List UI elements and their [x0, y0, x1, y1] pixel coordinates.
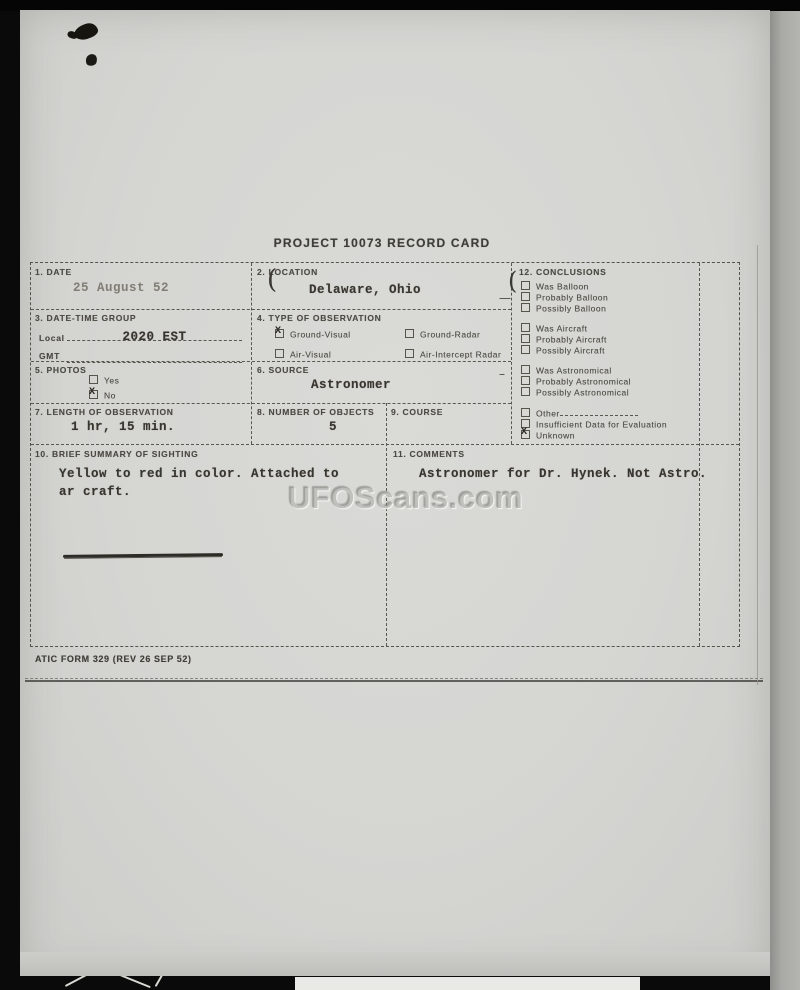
conclusion-group-aircraft: Was Aircraft Probably Aircraft Possibly … — [521, 323, 667, 356]
form-number: ATIC FORM 329 (REV 26 SEP 52) — [35, 654, 192, 664]
checkbox-icon — [521, 281, 530, 290]
date-time-group-label: 3. DATE-TIME GROUP — [35, 313, 136, 323]
observation-option-label: Air-Visual — [290, 350, 331, 360]
conclusion-option: Probably Aircraft — [521, 334, 667, 345]
local-label: Local — [39, 333, 65, 343]
handwritten-paren: ( — [267, 265, 277, 295]
source-value: Astronomer — [311, 378, 391, 392]
observation-option: Air-Intercept Radar — [405, 349, 501, 360]
comments-value: Astronomer for Dr. Hynek. Not Astro. — [419, 467, 707, 481]
checkbox-icon — [521, 292, 530, 301]
divider — [251, 263, 252, 444]
conclusion-option: Possibly Aircraft — [521, 345, 667, 356]
divider — [386, 403, 387, 646]
photos-option-yes: Yes — [89, 375, 119, 386]
observation-option: Air-Visual — [275, 349, 331, 360]
conclusion-option: Was Aircraft — [521, 323, 667, 334]
gmt-field — [67, 345, 242, 363]
ink-blot — [84, 53, 98, 68]
checkbox-icon — [89, 375, 98, 384]
conclusion-option-label: Was Balloon — [536, 282, 589, 292]
date-underline-scrawl — [63, 553, 223, 558]
fill-in-line — [560, 407, 638, 416]
checkbox-icon — [275, 329, 284, 338]
photos-option-no: No — [89, 390, 116, 401]
observation-option-label: Ground-Radar — [420, 330, 480, 340]
observation-option: Ground-Radar — [405, 329, 480, 340]
comments-label: 11. COMMENTS — [393, 449, 465, 459]
checkbox-icon — [521, 345, 530, 354]
checkbox-icon — [89, 390, 98, 399]
local-fill-line: 2020 EST — [67, 327, 242, 341]
conclusion-option-label: Unknown — [536, 431, 575, 441]
conclusion-option: Possibly Balloon — [521, 303, 667, 314]
gmt-label: GMT — [39, 351, 60, 361]
summary-label: 10. BRIEF SUMMARY OF SIGHTING — [35, 449, 198, 459]
conclusion-option-label: Possibly Astronomical — [536, 388, 629, 398]
document-paper: PROJECT 10073 RECORD CARD UFOScans.com 1… — [20, 10, 770, 976]
scanned-document-page: { "watermark": "UFOScans.com", "card": {… — [0, 0, 800, 990]
conclusion-option-label: Probably Astronomical — [536, 377, 631, 387]
handwritten-dash: — — [499, 291, 511, 305]
local-value: 2020 EST — [122, 330, 186, 344]
record-card: 1. DATE 25 August 52 2. LOCATION ( Delaw… — [30, 262, 740, 647]
source-label: 6. SOURCE — [257, 365, 309, 375]
conclusions-label: 12. CONCLUSIONS — [519, 267, 607, 277]
conclusion-option-label: Probably Balloon — [536, 293, 608, 303]
summary-line2: ar craft. — [59, 485, 131, 499]
conclusion-group-balloon: Was Balloon Probably Balloon Possibly Ba… — [521, 281, 667, 314]
conclusion-option-label: Possibly Aircraft — [536, 346, 605, 356]
conclusion-group-astronomical: Was Astronomical Probably Astronomical P… — [521, 365, 667, 398]
checkbox-icon — [521, 323, 530, 332]
length-of-observation-label: 7. LENGTH OF OBSERVATION — [35, 407, 174, 417]
checkbox-icon — [521, 334, 530, 343]
date-value: 25 August 52 — [73, 281, 169, 295]
summary-line1: Yellow to red in color. Attached to — [59, 467, 339, 481]
conclusion-option: Unknown — [521, 430, 667, 441]
divider — [31, 403, 511, 404]
date-label: 1. DATE — [35, 267, 72, 277]
observation-option: Ground-Visual — [275, 329, 351, 340]
conclusion-option-label: Was Aircraft — [536, 324, 588, 334]
checkbox-icon — [521, 365, 530, 374]
course-label: 9. COURSE — [391, 407, 443, 417]
conclusion-option: Was Balloon — [521, 281, 667, 292]
watermark: UFOScans.com — [288, 480, 518, 516]
conclusion-option: Other — [521, 407, 667, 419]
conclusion-option-label: Insufficient Data for Evaluation — [536, 420, 667, 430]
location-value: Delaware, Ohio — [309, 283, 421, 297]
photos-option-label: Yes — [104, 376, 119, 386]
divider — [699, 263, 700, 646]
conclusion-option-label: Probably Aircraft — [536, 335, 607, 345]
conclusion-option: Probably Astronomical — [521, 376, 667, 387]
photos-label: 5. PHOTOS — [35, 365, 87, 375]
conclusion-option-label: Other — [536, 409, 560, 419]
divider — [31, 309, 511, 310]
paper-bottom-shade — [20, 952, 770, 976]
checkbox-icon — [275, 349, 284, 358]
conclusion-option: Probably Balloon — [521, 292, 667, 303]
photos-option-label: No — [104, 391, 116, 401]
checkbox-icon — [521, 376, 530, 385]
paper-fold-line — [25, 680, 763, 682]
local-field: 2020 EST — [67, 323, 242, 341]
conclusion-option-label: Possibly Balloon — [536, 304, 606, 314]
conclusion-option: Insufficient Data for Evaluation — [521, 419, 667, 430]
checkbox-icon — [521, 303, 530, 312]
scan-bottom-edge-highlight — [295, 977, 640, 990]
conclusion-option: Possibly Astronomical — [521, 387, 667, 398]
gmt-fill-line — [67, 349, 242, 363]
conclusion-option-label: Was Astronomical — [536, 366, 612, 376]
checkbox-icon — [521, 408, 530, 417]
observation-option-label: Ground-Visual — [290, 330, 351, 340]
length-of-observation-value: 1 hr, 15 min. — [71, 420, 175, 434]
conclusion-option: Was Astronomical — [521, 365, 667, 376]
type-of-observation-label: 4. TYPE OF OBSERVATION — [257, 313, 382, 323]
number-of-objects-value: 5 — [329, 420, 337, 434]
card-title: PROJECT 10073 RECORD CARD — [242, 236, 522, 250]
observation-option-label: Air-Intercept Radar — [420, 350, 501, 360]
checkbox-icon — [521, 430, 530, 439]
checkbox-icon — [405, 329, 414, 338]
conclusions-list: Was Balloon Probably Balloon Possibly Ba… — [521, 281, 667, 450]
checkbox-icon — [521, 387, 530, 396]
paper-edge-shadow — [757, 245, 758, 685]
number-of-objects-label: 8. NUMBER OF OBJECTS — [257, 407, 374, 417]
scan-right-edge — [770, 11, 800, 990]
ink-blot — [73, 21, 100, 41]
conclusion-group-other: Other Insufficient Data for Evaluation U… — [521, 407, 667, 441]
handwritten-dash: – — [499, 367, 505, 381]
checkbox-icon — [405, 349, 414, 358]
